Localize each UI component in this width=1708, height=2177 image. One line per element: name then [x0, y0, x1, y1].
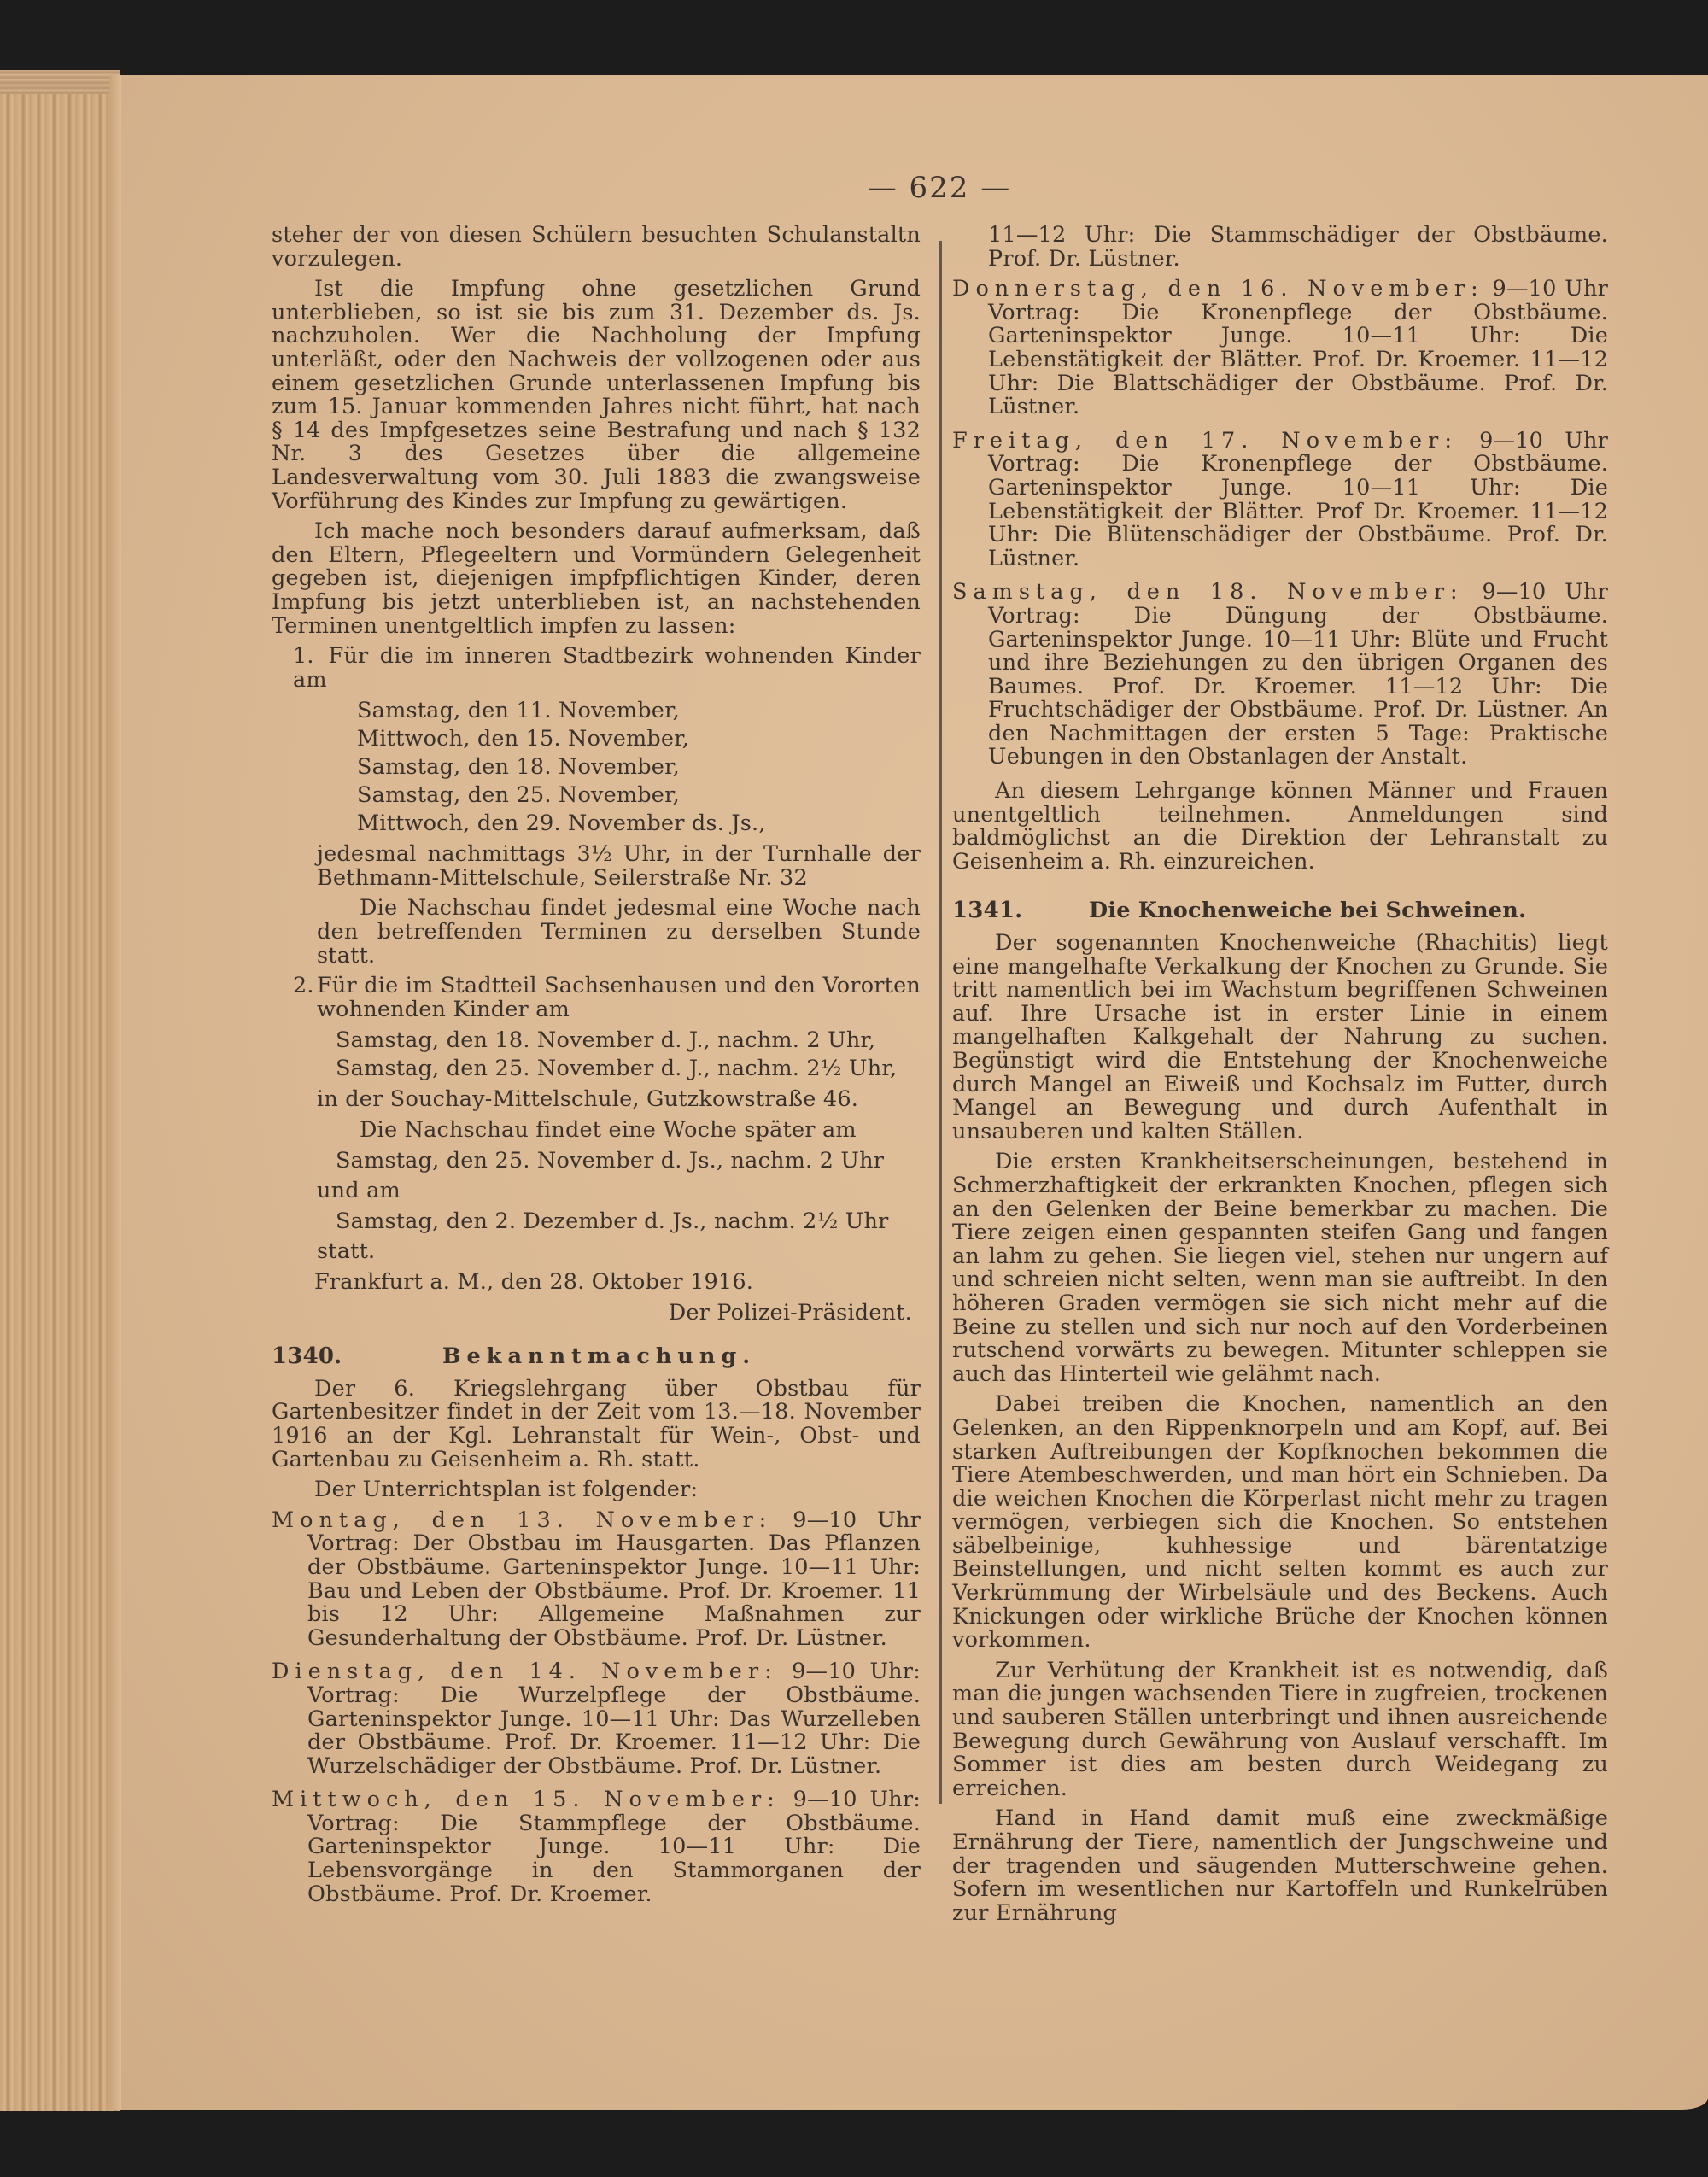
date-entry: Samstag, den 25. November d. J., nachm. …: [336, 1055, 921, 1083]
course-intro: Der 6. Kriegslehrgang über Obstbau für G…: [272, 1378, 921, 1472]
section-number: 1341.: [952, 899, 1089, 923]
schedule-day: Freitag, den 17. November: 9—10 Uhr Vort…: [952, 430, 1608, 571]
list-item-number: 2.: [293, 974, 317, 998]
section-heading-1341: 1341. Die Knochenweiche bei Schweinen.: [952, 899, 1608, 923]
schedule-day: Montag, den 13. November: 9—10 Uhr Vortr…: [272, 1509, 921, 1651]
schedule-continuation: 11—12 Uhr: Die Stammschädiger der Obstbä…: [952, 224, 1608, 271]
left-column: steher der von diesen Schülern besuchten…: [272, 224, 921, 1917]
followup-date: Samstag, den 25. November d. Js., nachm.…: [293, 1150, 921, 1173]
section-heading-1340: 1340. Bekanntmachung.: [272, 1345, 921, 1369]
date-entry: Samstag, den 11. November,: [357, 697, 921, 725]
list-item-inner-district: 1. Für die im inneren Stadtbezirk wohnen…: [272, 645, 921, 968]
article-paragraph: Die ersten Krankheitserscheinungen, best…: [952, 1150, 1608, 1386]
plan-label: Der Unterrichtsplan ist folgender:: [272, 1478, 921, 1502]
date-entry: Mittwoch, den 15. November,: [357, 725, 921, 753]
schedule-day-label: Mittwoch, den 15. November:: [272, 1787, 781, 1812]
date-entry: Mittwoch, den 29. November ds. Js.,: [357, 810, 921, 838]
list-item-intro: Für die im Stadtteil Sachsenhausen und d…: [317, 973, 921, 1022]
list-item-intro: Für die im inneren Stadtbezirk wohnenden…: [293, 643, 921, 693]
article-paragraph: Zur Verhütung der Krankheit ist es notwe…: [952, 1659, 1608, 1801]
paragraph-notice: Ich mache noch besonders darauf aufmerks…: [272, 520, 921, 638]
date-entry: Samstag, den 25. November,: [357, 781, 921, 810]
article-paragraph: Dabei treiben die Knochen, namentlich an…: [952, 1393, 1608, 1653]
schedule-day: Samstag, den 18. November: 9—10 Uhr Vort…: [952, 581, 1608, 770]
schedule-day-label: Freitag, den 17. November:: [952, 428, 1458, 454]
section-title: Bekanntmachung.: [408, 1345, 921, 1369]
section-number: 1340.: [272, 1345, 408, 1369]
place-date: Frankfurt a. M., den 28. Oktober 1916.: [272, 1271, 921, 1295]
right-column: 11—12 Uhr: Die Stammschädiger der Obstbä…: [952, 224, 1608, 1932]
signature: Der Polizei-Präsident.: [272, 1302, 912, 1326]
followup-end: statt.: [293, 1240, 921, 1264]
book-page-edges: [0, 70, 120, 2111]
schedule-day-label: Samstag, den 18. November:: [952, 579, 1464, 605]
location-text: jedesmal nachmittags 3½ Uhr, in der Turn…: [293, 843, 921, 890]
column-divider: [939, 241, 942, 1804]
article-paragraph: Hand in Hand damit muß eine zweckmäßige …: [952, 1807, 1608, 1925]
list-item-number: 1.: [293, 645, 317, 669]
date-list: Samstag, den 11. November, Mittwoch, den…: [293, 697, 921, 838]
schedule-day-label: Montag, den 13. November:: [272, 1507, 772, 1533]
schedule-day-text: 9—10 Uhr Vortrag: Die Düngung der Obstbä…: [988, 579, 1608, 770]
list-item-sachsenhausen: 2.Für die im Stadtteil Sachsenhausen und…: [272, 974, 921, 1264]
page-number: — 622 —: [845, 171, 1033, 205]
date-entry: Samstag, den 18. November,: [357, 753, 921, 781]
paragraph-continuation: steher der von diesen Schülern besuchten…: [272, 224, 921, 271]
section-title: Die Knochenweiche bei Schweinen.: [1089, 899, 1608, 923]
book-page-edges-top: [0, 70, 120, 94]
schedule-day-label: Dienstag, den 14. November:: [272, 1659, 778, 1684]
article-paragraph: Der sogenannten Knochenweiche (Rhachitis…: [952, 932, 1608, 1144]
followup-text: Die Nachschau findet jedesmal eine Woche…: [293, 897, 921, 968]
followup-and: und am: [293, 1179, 921, 1203]
paragraph-deadline: Ist die Impfung ohne gesetzlichen Grund …: [272, 278, 921, 513]
location-text: in der Souchay-Mittelschule, Gutzkowstra…: [293, 1088, 921, 1112]
schedule-day: Mittwoch, den 15. November: 9—10 Uhr: Vo…: [272, 1788, 921, 1906]
followup-date: Samstag, den 2. Dezember d. Js., nachm. …: [293, 1210, 921, 1234]
schedule-day: Dienstag, den 14. November: 9—10 Uhr: Vo…: [272, 1660, 921, 1778]
schedule-day: Donnerstag, den 16. November: 9—10 Uhr V…: [952, 278, 1608, 419]
date-list: Samstag, den 18. November d. J., nachm. …: [293, 1027, 921, 1083]
schedule-day-label: Donnerstag, den 16. November:: [952, 276, 1484, 301]
date-entry: Samstag, den 18. November d. J., nachm. …: [336, 1027, 921, 1055]
registration-text: An diesem Lehrgange können Männer und Fr…: [952, 780, 1608, 874]
followup-text: Die Nachschau findet eine Woche später a…: [293, 1119, 921, 1143]
